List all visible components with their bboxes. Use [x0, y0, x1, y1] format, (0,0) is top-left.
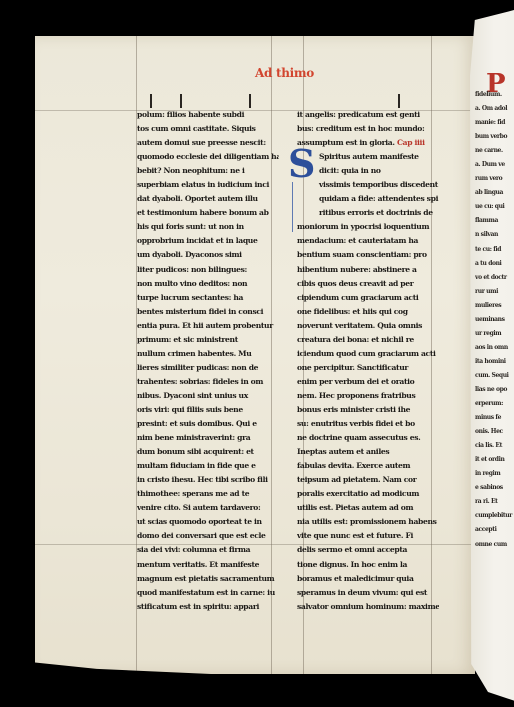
text-line: a. Dum ve: [475, 158, 514, 172]
text-line: stificatum est in spiritu: appari: [137, 600, 279, 614]
text-line: mentum veritatis. Et manifeste: [137, 558, 279, 572]
text-line: vo et doctr: [475, 271, 514, 285]
text-line: magnum est pietatis sacramentum: [137, 572, 279, 586]
text-line: erperum:: [475, 397, 514, 411]
text-line: vite que nunc est et future. Fi: [297, 529, 439, 543]
text-line: non multo vino deditos: non: [137, 277, 279, 291]
text-line: dum bonum sibi acquirent: et: [137, 445, 279, 459]
text-line: ne carne.: [475, 144, 514, 158]
text-line: n silvan: [475, 228, 514, 242]
ascender-stroke: [180, 94, 182, 108]
text-line: quidam a fide: attendentes spi: [297, 192, 439, 206]
text-line: primum: et sic ministrent: [137, 333, 279, 347]
text-line: delis sermo et omni accepta: [297, 543, 439, 557]
text-line: domo dei conversari que est ecle: [137, 529, 279, 543]
text-line: bonus eris minister cristi ihe: [297, 403, 439, 417]
text-line: nia utilis est: promissionem habens: [297, 515, 439, 529]
text-line: quod manifestatum est in carne: iu: [137, 586, 279, 600]
text-line: bus: creditum est in hoc mundo:: [297, 122, 439, 136]
text-line: it angelis: predicatum est genti: [297, 108, 439, 122]
text-line: te cu: fid: [475, 243, 514, 257]
text-line: tione dignus. In hoc enim la: [297, 558, 439, 572]
text-line: assumptum est in gloria. Cap iiii: [297, 136, 439, 150]
text-line: ur regim: [475, 327, 514, 341]
text-line: oris viri: qui filiis suis bene: [137, 403, 279, 417]
text-line: mulieres: [475, 299, 514, 313]
text-line: in regim: [475, 467, 514, 481]
text-line: ita homini: [475, 355, 514, 369]
text-line: nem. Hec proponens fratribus: [297, 389, 439, 403]
text-line: bum verbo: [475, 130, 514, 144]
text-line: autem domui sue preesse nescit:: [137, 136, 279, 150]
text-line: in cristo ihesu. Hec tibi scribo fili: [137, 473, 279, 487]
text-line: e sabinos: [475, 481, 514, 495]
initial-flourish: [292, 182, 293, 232]
text-line: bentes misterium fidei in consci: [137, 305, 279, 319]
text-line: utilis est. Pietas autem ad om: [297, 501, 439, 515]
ascender-stroke: [398, 94, 400, 108]
text-line: cum. Sequi: [475, 369, 514, 383]
text-line: ut scias quomodo oporteat te in: [137, 515, 279, 529]
text-line: bentium suam conscientiam: pro: [297, 248, 439, 262]
blue-decorated-initial: S: [288, 144, 308, 184]
text-column-left: polum: filios habente subditos cum omni …: [137, 108, 279, 614]
text-line: turpe lucrum sectantes: ha: [137, 291, 279, 305]
text-line: multam fiduciam in fide que e: [137, 459, 279, 473]
ascender-stroke: [150, 94, 152, 108]
text-line: omne cum: [475, 538, 514, 552]
running-head: Ad thimo: [255, 66, 314, 80]
text-line: fabulas devita. Exerce autem: [297, 459, 439, 473]
text-line: noverunt veritatem. Quia omnis: [297, 319, 439, 333]
text-line: opprobrium incidat et in laque: [137, 234, 279, 248]
text-column-right: it angelis: predicatum est gentibus: cre…: [297, 108, 439, 614]
text-line: enim per verbum dei et oratio: [297, 375, 439, 389]
facing-page-text: fidelium.a. Om adolmanie: fidbum verbone…: [475, 88, 514, 552]
text-line: lieres similiter pudicas: non de: [137, 361, 279, 375]
text-line: ue cu: qui: [475, 200, 514, 214]
text-line: one fidelibus: et hiis qui cog: [297, 305, 439, 319]
text-line: vissimis temporibus discedent: [297, 178, 439, 192]
text-line: nullum crimen habentes. Mu: [137, 347, 279, 361]
text-line: rur umi: [475, 285, 514, 299]
text-line: his qui foris sunt: ut non in: [137, 220, 279, 234]
text-line: cibis quos deus creavit ad per: [297, 277, 439, 291]
text-line: creatura dei bona: et nichil re: [297, 333, 439, 347]
text-line: Ineptas autem et aniles: [297, 445, 439, 459]
text-line: quomodo ecclesie dei diligentiam ha: [137, 150, 279, 164]
text-line: dat dyaboli. Oportet autem illu: [137, 192, 279, 206]
rubric-chapter-label: Cap iiii: [397, 138, 425, 147]
text-line: salvator omnium hominum: maxime: [297, 600, 439, 614]
text-line: superbiam elatus in iudicium inci: [137, 178, 279, 192]
text-line: cia lis. Et: [475, 439, 514, 453]
text-line: et testimonium habere bonum ab: [137, 206, 279, 220]
text-line: bebit? Non neophitum: ne i: [137, 164, 279, 178]
text-line: thimothee: sperans me ad te: [137, 487, 279, 501]
text-line: iciendum quod cum graciarum acti: [297, 347, 439, 361]
text-line: minus fe: [475, 411, 514, 425]
text-line: presint: et suis domibus. Qui e: [137, 417, 279, 431]
text-line: ra ri. Et: [475, 495, 514, 509]
text-line: speramus in deum vivum: qui est: [297, 586, 439, 600]
text-line: it et ordin: [475, 453, 514, 467]
text-line: liter pudicos: non bilingues:: [137, 263, 279, 277]
ascender-stroke: [249, 94, 251, 108]
text-line: hibentium nubere: abstinere a: [297, 263, 439, 277]
text-line: manie: fid: [475, 116, 514, 130]
text-line: nim bene ministraverint: gra: [137, 431, 279, 445]
text-line: cumplebitur: [475, 509, 514, 523]
text-line: polum: filios habente subdi: [137, 108, 279, 122]
text-line: a tu doni: [475, 257, 514, 271]
text-line: su: enutritus verbis fidei et bo: [297, 417, 439, 431]
text-line: dicit: quia in no: [297, 164, 439, 178]
text-line: entia pura. Et hii autem probentur: [137, 319, 279, 333]
text-line: venire cito. Si autem tardavero:: [137, 501, 279, 515]
text-line: one percipitur. Sanctificatur: [297, 361, 439, 375]
text-line: ueminans: [475, 313, 514, 327]
text-line: ab lingua: [475, 186, 514, 200]
text-line: aos in omn: [475, 341, 514, 355]
text-line: sia dei vivi: columna et firma: [137, 543, 279, 557]
text-line: trahentes: sobrias: fideles in om: [137, 375, 279, 389]
text-line: Spiritus autem manifeste: [297, 150, 439, 164]
text-line: onis. Hec: [475, 425, 514, 439]
text-line: boramus et maledicimur quia: [297, 572, 439, 586]
text-line: ritibus erroris et doctrinis de: [297, 206, 439, 220]
text-line: um dyaboli. Dyaconos simi: [137, 248, 279, 262]
text-line: a. Om adol: [475, 102, 514, 116]
text-line: poralis exercitatio ad modicum: [297, 487, 439, 501]
text-line: moniorum in ypocrisi loquentium: [297, 220, 439, 234]
text-line: nibus. Dyaconi sint unius ux: [137, 389, 279, 403]
text-line: tos cum omni castitate. Siquis: [137, 122, 279, 136]
text-line: cipiendum cum graciarum acti: [297, 291, 439, 305]
text-line: mendacium: et cauteriatam ha: [297, 234, 439, 248]
text-line: flamma: [475, 214, 514, 228]
text-line: fidelium.: [475, 88, 514, 102]
text-line: ne doctrine quam assecutus es.: [297, 431, 439, 445]
text-line: rum vero: [475, 172, 514, 186]
text-line: accepti: [475, 523, 514, 537]
text-line: teipsum ad pietatem. Nam cor: [297, 473, 439, 487]
text-line: lias ne opo: [475, 383, 514, 397]
